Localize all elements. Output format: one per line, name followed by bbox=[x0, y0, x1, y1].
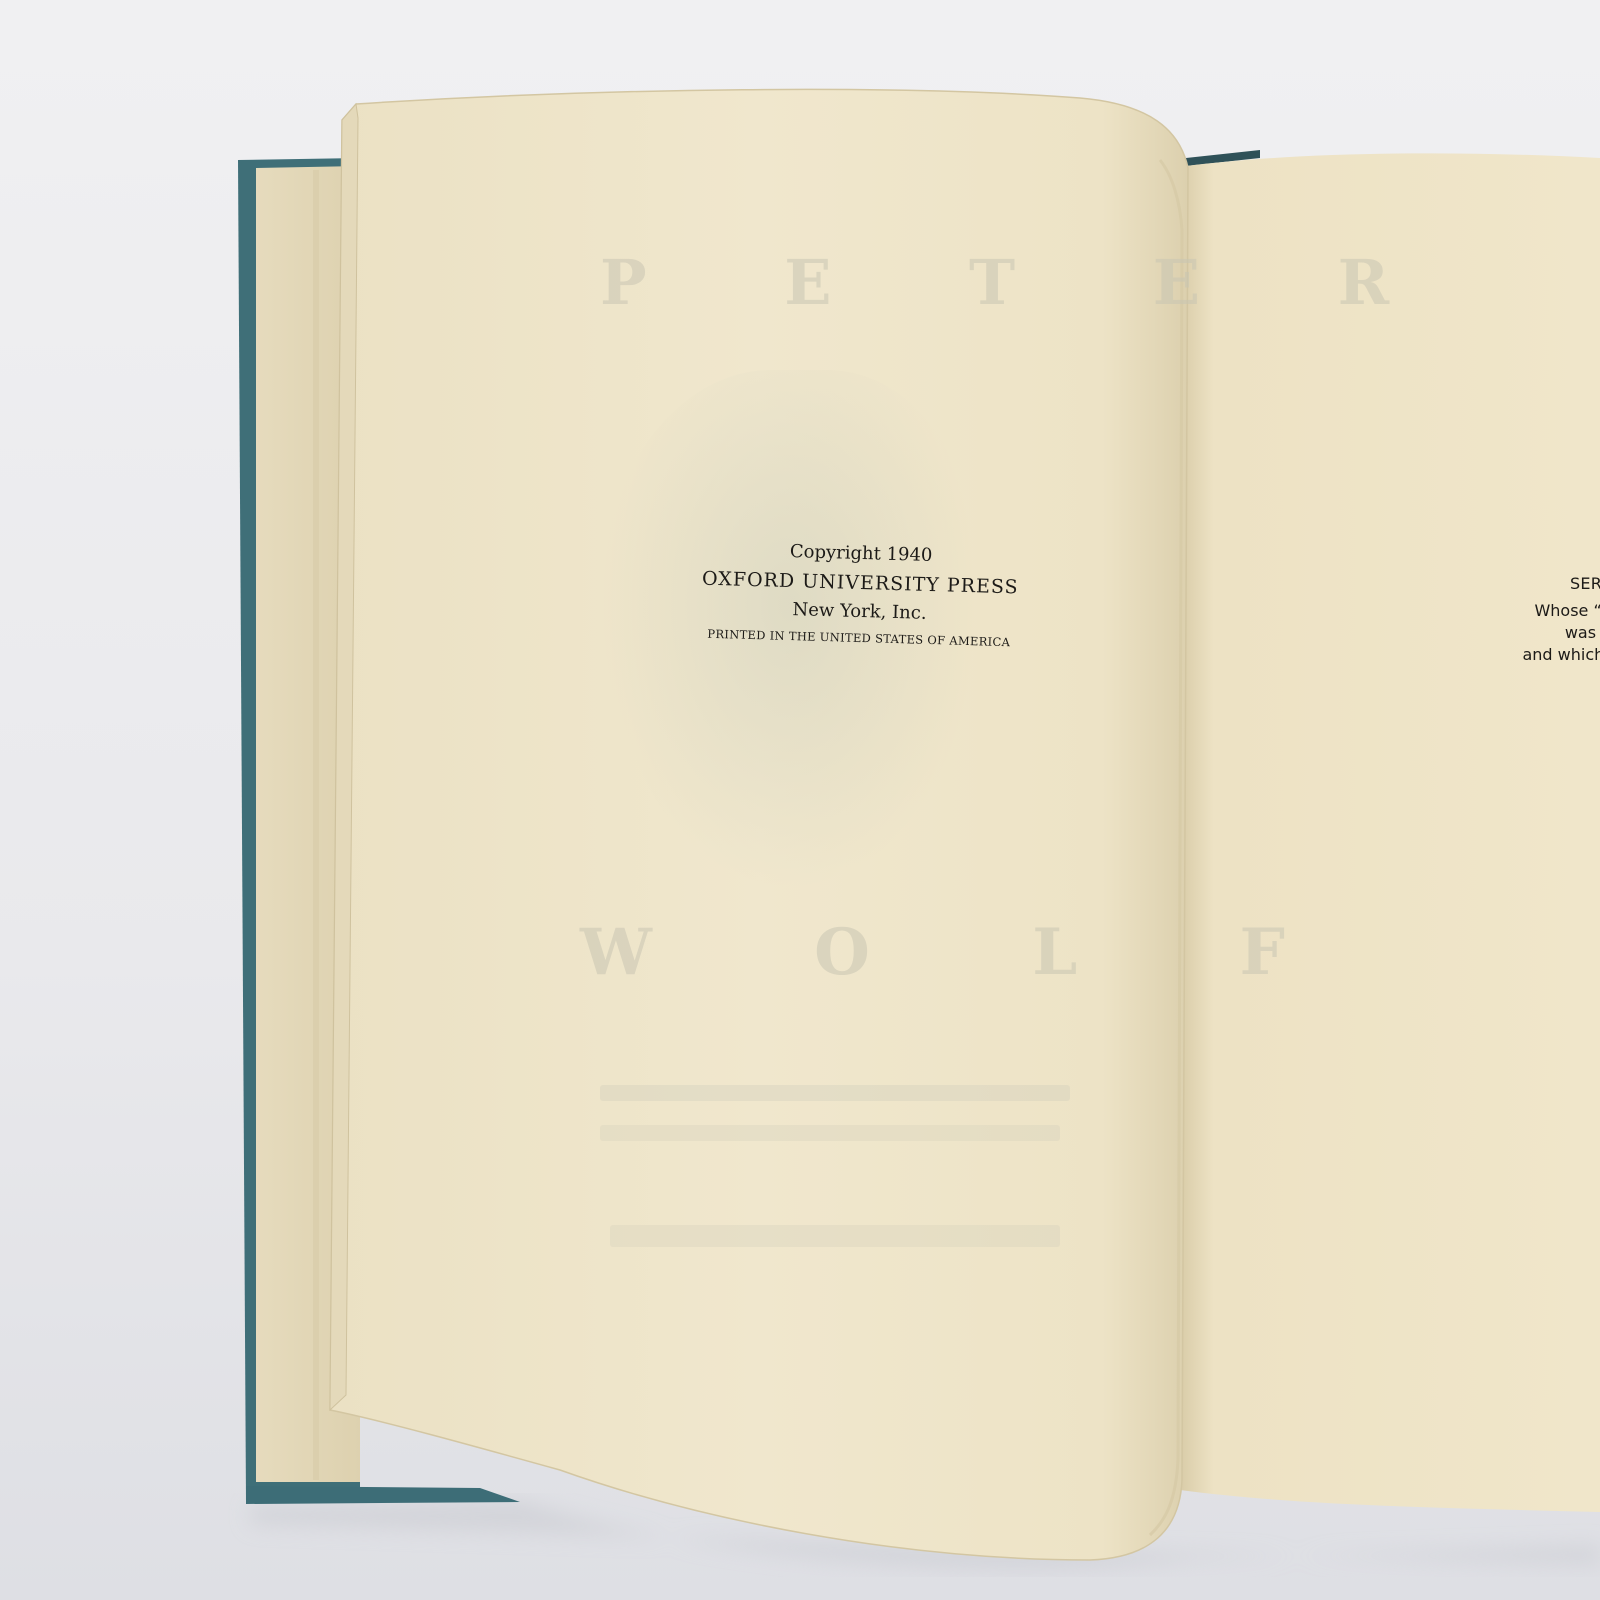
cover-cloth-bottom bbox=[246, 1486, 520, 1504]
show-through-publisher bbox=[610, 1225, 1060, 1247]
dedication: To SERGEI PRO Whose “Orchestr was the in… bbox=[1370, 538, 1600, 666]
dedication-line-3: Whose “Orchestr bbox=[1370, 600, 1600, 622]
right-page bbox=[1180, 153, 1600, 1512]
dedication-to: To bbox=[1370, 538, 1600, 568]
show-through-subtitle-2 bbox=[600, 1125, 1060, 1141]
show-through-title-top: P E T E R bbox=[600, 246, 1447, 319]
dedication-line-5: and which made p bbox=[1370, 644, 1600, 666]
show-through-title-bottom: W O L F bbox=[580, 915, 1355, 990]
dedication-line-4: was the inspi bbox=[1370, 622, 1600, 644]
show-through-subtitle bbox=[600, 1085, 1070, 1101]
dedication-name: SERGEI PRO bbox=[1370, 568, 1600, 600]
copyright-notice: Copyright 1940 OXFORD UNIVERSITY PRESS N… bbox=[679, 535, 1042, 655]
